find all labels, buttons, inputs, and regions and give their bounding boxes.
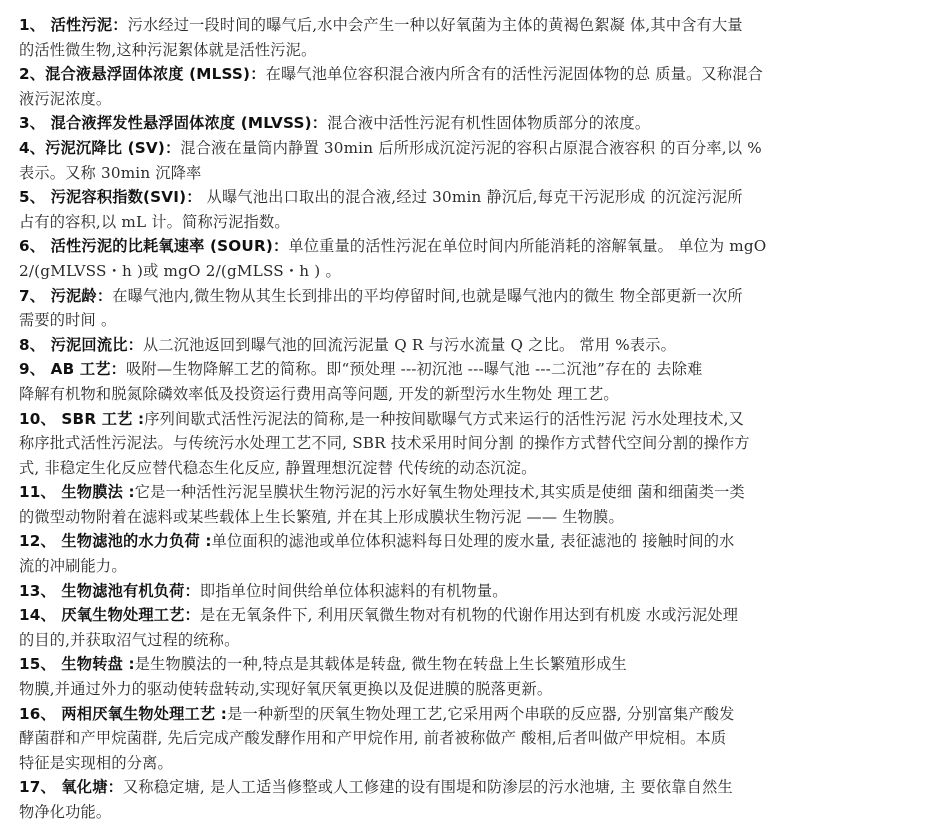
entry-text: 液污泥浓度。	[19, 87, 917, 112]
definition-entry-6: 6、 活性污泥的比耗氧速率 (SOUR)：单位重量的活性污泥在单位时间内所能消耗…	[19, 234, 917, 283]
entry-term: 活性污泥：	[51, 16, 128, 34]
entry-text: 物净化功能。	[19, 800, 917, 825]
entry-term: 氧化塘：	[61, 778, 123, 796]
entry-term: 生物转盘 :	[61, 655, 134, 673]
entry-text: 混合液中活性污泥有机性固体物质部分的浓度。	[327, 114, 650, 132]
entry-number: 5、	[19, 188, 51, 206]
entry-text: 是在无氧条件下, 利用厌氧微生物对有机物的代谢作用达到有机废 水或污泥处理	[200, 606, 738, 624]
entry-text: 物膜,并通过外力的驱动使转盘转动,实现好氧厌氧更换以及促进膜的脱落更新。	[19, 677, 917, 702]
entry-number: 1、	[19, 16, 51, 34]
definition-entry-11: 11、 生物膜法 :它是一种活性污泥呈膜状生物污泥的污水好氧生物处理技术,其实质…	[19, 480, 917, 529]
entry-text: 是生物膜法的一种,特点是其载体是转盘, 微生物在转盘上生长繁殖形成生	[135, 655, 627, 673]
definition-entry-4: 4、污泥沉降比 (SV)：混合液在量筒内静置 30min 后所形成沉淀污泥的容积…	[19, 136, 917, 185]
entry-text: 酵菌群和产甲烷菌群, 先后完成产酸发酵作用和产甲烷作用, 前者被称做产 酸相,后…	[19, 726, 917, 751]
definition-entry-13: 13、 生物滤池有机负荷：即指单位时间供给单位体积滤料的有机物量。	[19, 579, 917, 604]
entry-text: 的目的,并获取沼气过程的统称。	[19, 628, 917, 653]
entry-text: 即指单位时间供给单位体积滤料的有机物量。	[200, 582, 508, 600]
entry-number: 7、	[19, 287, 51, 305]
entry-number: 2、	[19, 65, 45, 83]
definition-entry-15: 15、 生物转盘 :是生物膜法的一种,特点是其载体是转盘, 微生物在转盘上生长繁…	[19, 652, 917, 701]
entry-text: 又称稳定塘, 是人工适当修整或人工修建的设有围堤和防渗层的污水池塘, 主 要依靠…	[123, 778, 733, 796]
entry-text: 需要的时间 。	[19, 308, 917, 333]
entry-text: 在曝气池内,微生物从其生长到排出的平均停留时间,也就是曝气池内的微生 物全部更新…	[112, 287, 743, 305]
definition-entry-1: 1、 活性污泥：污水经过一段时间的曝气后,水中会产生一种以好氧菌为主体的黄褐色絮…	[19, 13, 917, 62]
entry-number: 4、	[19, 139, 45, 157]
entry-text: 占有的容积,以 mL 计。简称污泥指数。	[19, 210, 917, 235]
entry-text: 单位重量的活性污泥在单位时间内所能消耗的溶解氧量。 单位为 mgO	[288, 237, 766, 255]
entry-text: 是一种新型的厌氧生物处理工艺,它采用两个串联的反应器, 分别富集产酸发	[227, 705, 734, 723]
definition-entry-17: 17、 氧化塘：又称稳定塘, 是人工适当修整或人工修建的设有围堤和防渗层的污水池…	[19, 775, 917, 824]
definition-entry-9: 9、 AB 工艺：吸附—生物降解工艺的简称。即“预处理 ---初沉池 ---曝气…	[19, 357, 917, 406]
entry-text: 它是一种活性污泥呈膜状生物污泥的污水好氧生物处理技术,其实质是使细 菌和细菌类一…	[135, 483, 745, 501]
definition-entry-16: 16、 两相厌氧生物处理工艺 :是一种新型的厌氧生物处理工艺,它采用两个串联的反…	[19, 702, 917, 776]
entry-number: 3、	[19, 114, 51, 132]
entry-term: 两相厌氧生物处理工艺 :	[61, 705, 227, 723]
entry-text: 流的冲刷能力。	[19, 554, 917, 579]
entry-text: 式, 非稳定生化反应替代稳态生化反应, 静置理想沉淀替 代传统的动态沉淀。	[19, 456, 917, 481]
entry-text: 降解有机物和脱氮除磷效率低及投资运行费用高等问题, 开发的新型污水生物处 理工艺…	[19, 382, 917, 407]
entry-term: 混合液悬浮固体浓度 (MLSS)：	[45, 65, 265, 83]
entry-text: 吸附—生物降解工艺的简称。即“预处理 ---初沉池 ---曝气池 ---二沉池”…	[126, 360, 702, 378]
entry-text: 特征是实现相的分离。	[19, 751, 917, 776]
entry-number: 16、	[19, 705, 61, 723]
entry-text: 的微型动物附着在滤料或某些载体上生长繁殖, 并在其上形成膜状生物污泥 —— 生物…	[19, 505, 917, 530]
entry-text: 从曝气池出口取出的混合液,经过 30min 静沉后,每克干污泥形成 的沉淀污泥所	[202, 188, 743, 206]
entry-text: 称序批式活性污泥法。与传统污水处理工艺不同, SBR 技术采用时间分割 的操作方…	[19, 431, 917, 456]
entry-term: 生物滤池的水力负荷 :	[61, 532, 211, 550]
definition-entry-12: 12、 生物滤池的水力负荷 :单位面积的滤池或单位体积滤料每日处理的废水量, 表…	[19, 529, 917, 578]
definition-entry-8: 8、 污泥回流比：从二沉池返回到曝气池的回流污泥量 Q R 与污水流量 Q 之比…	[19, 333, 917, 358]
entry-term: SBR 工艺 :	[61, 410, 144, 428]
entry-term: 混合液挥发性悬浮固体浓度 (MLVSS)：	[51, 114, 327, 132]
entry-number: 15、	[19, 655, 61, 673]
entry-term: 生物滤池有机负荷：	[61, 582, 200, 600]
entry-term: AB 工艺：	[51, 360, 126, 378]
entry-text: 从二沉池返回到曝气池的回流污泥量 Q R 与污水流量 Q 之比。 常用 %表示。	[143, 336, 676, 354]
entry-text: 序列间歇式活性污泥法的简称,是一种按间歇曝气方式来运行的活性污泥 污水处理技术,…	[144, 410, 744, 428]
entry-text: 混合液在量筒内静置 30min 后所形成沉淀污泥的容积占原混合液容积 的百分率,…	[180, 139, 762, 157]
entry-text: 表示。又称 30min 沉降率	[19, 161, 917, 186]
definition-entry-7: 7、 污泥龄：在曝气池内,微生物从其生长到排出的平均停留时间,也就是曝气池内的微…	[19, 284, 917, 333]
entry-number: 9、	[19, 360, 51, 378]
entry-text: 污水经过一段时间的曝气后,水中会产生一种以好氧菌为主体的黄褐色絮凝 体,其中含有…	[128, 16, 743, 34]
entry-text: 单位面积的滤池或单位体积滤料每日处理的废水量, 表征滤池的 接触时间的水	[212, 532, 735, 550]
definition-entry-3: 3、 混合液挥发性悬浮固体浓度 (MLVSS)：混合液中活性污泥有机性固体物质部…	[19, 111, 917, 136]
definition-entry-2: 2、混合液悬浮固体浓度 (MLSS)：在曝气池单位容积混合液内所含有的活性污泥固…	[19, 62, 917, 111]
entry-number: 8、	[19, 336, 51, 354]
entry-term: 污泥沉降比 (SV)：	[45, 139, 180, 157]
definition-entry-10: 10、 SBR 工艺 :序列间歇式活性污泥法的简称,是一种按间歇曝气方式来运行的…	[19, 407, 917, 481]
entry-text: 2/(gMLVSS・h )或 mgO 2/(gMLSS・h ) 。	[19, 259, 917, 284]
entry-number: 10、	[19, 410, 61, 428]
entry-term: 活性污泥的比耗氧速率 (SOUR)：	[51, 237, 289, 255]
entry-number: 11、	[19, 483, 61, 501]
definition-entry-14: 14、 厌氧生物处理工艺：是在无氧条件下, 利用厌氧微生物对有机物的代谢作用达到…	[19, 603, 917, 652]
definition-entry-5: 5、 污泥容积指数(SVI)： 从曝气池出口取出的混合液,经过 30min 静沉…	[19, 185, 917, 234]
entry-text: 的活性微生物,这种污泥絮体就是活性污泥。	[19, 38, 917, 63]
entry-number: 6、	[19, 237, 51, 255]
entry-number: 14、	[19, 606, 61, 624]
entry-term: 污泥回流比：	[51, 336, 143, 354]
entry-term: 污泥容积指数(SVI)：	[51, 188, 202, 206]
document-page: 1、 活性污泥：污水经过一段时间的曝气后,水中会产生一种以好氧菌为主体的黄褐色絮…	[0, 0, 933, 825]
entry-term: 生物膜法 :	[61, 483, 134, 501]
entry-number: 17、	[19, 778, 61, 796]
entry-term: 厌氧生物处理工艺：	[61, 606, 200, 624]
entry-term: 污泥龄：	[51, 287, 113, 305]
entry-number: 12、	[19, 532, 61, 550]
entry-text: 在曝气池单位容积混合液内所含有的活性污泥固体物的总 质量。又称混合	[266, 65, 763, 83]
entry-number: 13、	[19, 582, 61, 600]
